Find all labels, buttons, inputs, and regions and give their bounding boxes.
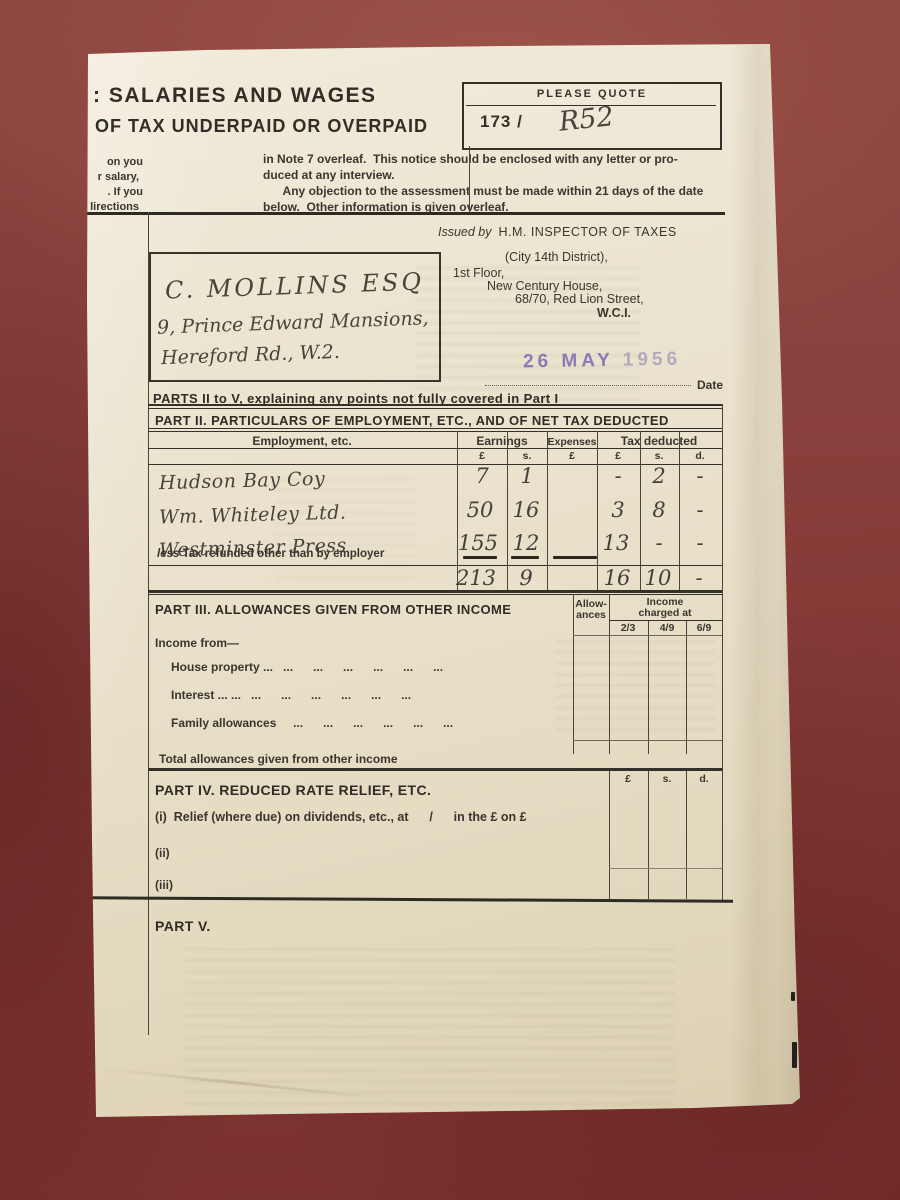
date-stamp: 26 MAY 1956 <box>523 349 681 374</box>
column-line <box>573 594 574 754</box>
earnings-shillings: 16 <box>513 498 540 522</box>
row-label: Family allowances <box>171 716 276 730</box>
total-earnings-shillings: 9 <box>519 566 532 590</box>
double-rule <box>148 404 722 406</box>
column-line <box>648 620 649 754</box>
recipient-address-line: 9, Prince Edward Mansions, <box>157 307 429 338</box>
tax-pence: - <box>696 464 703 488</box>
part2-sub-tax-shillings: s. <box>655 450 664 462</box>
bleed-through <box>185 940 675 1105</box>
total-earnings-pounds: 213 <box>456 566 496 590</box>
notice-text: in Note 7 overleaf. This notice should b… <box>263 152 678 166</box>
less-word: less <box>157 548 179 560</box>
tax-shillings: - <box>655 531 662 555</box>
tax-pounds: 13 <box>603 531 630 555</box>
double-rule <box>148 590 722 593</box>
header-bottom-rule <box>87 212 725 215</box>
paper-crease <box>731 40 777 1120</box>
tax-pence: - <box>696 498 703 522</box>
income-from-label: Income from— <box>155 636 239 650</box>
total-tax-shillings: 10 <box>645 566 672 590</box>
rule <box>148 464 722 465</box>
total-tax-pence: - <box>695 566 702 590</box>
please-quote-label: PLEASE QUOTE <box>464 88 720 100</box>
column-line <box>597 431 598 592</box>
photo-background: : SALARIES AND WAGES OF TAX UNDERPAID OR… <box>0 0 900 1200</box>
issuer-address-line: 68/70, Red Lion Street, <box>515 292 644 306</box>
rate-6-9: 6/9 <box>697 622 712 634</box>
employer-name: Wm. Whiteley Ltd. <box>159 502 347 529</box>
rule <box>609 868 722 869</box>
stamp-year: 1956 <box>623 349 682 371</box>
rule <box>573 635 722 636</box>
part2-col-earnings: Earnings <box>476 434 527 448</box>
part4-row-ii: (ii) <box>155 846 170 860</box>
issuer-address-line: W.C.I. <box>597 306 631 320</box>
issuer-district: (City 14th District), <box>505 250 608 264</box>
column-line <box>686 620 687 754</box>
earnings-pounds: 50 <box>467 498 494 522</box>
double-rule <box>148 408 722 409</box>
handwritten-dash <box>553 556 597 559</box>
document-title-line1: : SALARIES AND WAGES <box>93 84 377 108</box>
total-tax-pounds: 16 <box>604 566 631 590</box>
issued-by-line: Issued by H.M. INSPECTOR OF TAXES <box>438 225 677 239</box>
recipient-address-line: Hereford Rd., W.2. <box>161 341 341 369</box>
column-line <box>648 771 649 899</box>
dot-leaders: ... ... ... ... ... ... <box>251 688 411 702</box>
part2-col-expenses: Expenses <box>547 436 596 448</box>
part2-col-employment: Employment, etc. <box>252 434 351 448</box>
edge-ink-mark <box>792 1042 797 1068</box>
handwritten-dash <box>463 556 497 559</box>
earnings-pounds: 7 <box>475 464 488 488</box>
part3-col-income: charged at <box>638 607 691 619</box>
column-line <box>679 431 680 592</box>
date-line <box>485 385 691 386</box>
issuer-address-line: 1st Floor, <box>453 266 504 280</box>
part4-title: PART IV. REDUCED RATE RELIEF, ETC. <box>155 782 431 798</box>
part2-sub-earn-shillings: s. <box>523 450 532 462</box>
document-title-line2: OF TAX UNDERPAID OR OVERPAID <box>95 116 428 137</box>
cutoff-text-fragment: . If you <box>89 186 143 198</box>
part2-title: PART II. PARTICULARS OF EMPLOYMENT, ETC.… <box>155 413 669 428</box>
earnings-pounds: 155 <box>458 531 498 555</box>
tax-pounds: - <box>614 464 621 488</box>
tax-form-document: : SALARIES AND WAGES OF TAX UNDERPAID OR… <box>85 40 805 1120</box>
earnings-shillings: 1 <box>520 464 533 488</box>
issuer-address-line: New Century House, <box>487 279 602 293</box>
part4-col-pence: d. <box>699 773 708 785</box>
edge-ink-mark <box>791 992 795 1001</box>
rule <box>148 565 722 566</box>
part4-row-iii: (iii) <box>155 878 173 892</box>
recipient-address-box: C. MOLLINS ESQ 9, Prince Edward Mansions… <box>149 252 441 382</box>
rule <box>609 620 722 621</box>
part4-row-i: (i) Relief (where due) on dividends, etc… <box>155 810 527 824</box>
part4-col-pounds: £ <box>625 773 631 785</box>
earnings-shillings: 12 <box>513 531 540 555</box>
issuer-name: H.M. INSPECTOR OF TAXES <box>498 225 676 239</box>
part5-title: PART V. <box>155 918 211 934</box>
part3-title: PART III. ALLOWANCES GIVEN FROM OTHER IN… <box>155 602 511 617</box>
part4-col-shillings: s. <box>663 773 672 785</box>
tax-shillings: 2 <box>652 464 665 488</box>
rule <box>148 448 722 449</box>
less-tax-refunded-label: less Tax refunded other than by employer <box>157 548 384 560</box>
column-line <box>686 771 687 899</box>
rate-2-3: 2/3 <box>621 622 636 634</box>
rule <box>573 740 722 741</box>
column-line <box>609 771 610 899</box>
reference-number-handwritten: R52 <box>558 101 616 138</box>
column-line <box>609 594 610 754</box>
stamp-day-month: 26 MAY <box>523 350 614 373</box>
part3-col-allowances: ances <box>576 609 606 621</box>
column-line <box>547 431 548 592</box>
handwritten-dash <box>511 556 539 559</box>
tax-pounds: 3 <box>611 498 624 522</box>
rule <box>148 431 722 432</box>
thick-rule <box>148 768 722 771</box>
issued-by-label: Issued by <box>438 225 492 239</box>
total-allowances-label: Total allowances given from other income <box>159 752 398 766</box>
recipient-name: C. MOLLINS ESQ <box>165 267 425 304</box>
part2-col-tax: Tax deducted <box>621 434 697 448</box>
tax-pence: - <box>696 531 703 555</box>
column-line <box>507 431 508 592</box>
part4-bottom-rule <box>87 896 733 902</box>
column-line <box>640 431 641 592</box>
row-label: House property ... <box>171 660 273 674</box>
rate-4-9: 4/9 <box>660 622 675 634</box>
less-rest: Tax refunded other than by employer <box>179 548 384 560</box>
cutoff-text-fragment: r salary, <box>85 171 139 183</box>
rule <box>148 428 722 429</box>
part2-sub-exp-pounds: £ <box>569 450 575 462</box>
cutoff-text-fragment: on you <box>89 156 143 168</box>
notice-text: Any objection to the assessment must be … <box>263 184 703 198</box>
interest-row: Interest ... ... ... ... ... ... ... ... <box>171 688 411 702</box>
dot-leaders: ... ... ... ... ... ... <box>283 660 443 674</box>
part2-sub-tax-pounds: £ <box>615 450 621 462</box>
please-quote-box: PLEASE QUOTE 173 / R52 <box>462 82 722 150</box>
reference-number-printed: 173 / <box>480 112 523 132</box>
part2-sub-earn-pounds: £ <box>479 450 485 462</box>
row-label: Interest ... ... <box>171 688 241 702</box>
employer-name: Hudson Bay Coy <box>159 468 326 494</box>
part2-sub-tax-pence: d. <box>695 450 704 462</box>
house-property-row: House property ... ... ... ... ... ... .… <box>171 660 443 674</box>
bleed-through <box>555 632 715 732</box>
tax-shillings: 8 <box>652 498 665 522</box>
family-allowances-row: Family allowances ... ... ... ... ... ..… <box>171 716 453 730</box>
header-divider-line <box>469 146 470 212</box>
paper-crease <box>94 1066 393 1100</box>
form-right-border <box>722 404 723 900</box>
double-rule <box>148 594 722 595</box>
date-label: Date <box>697 378 723 392</box>
notice-text: duced at any interview. <box>263 168 395 182</box>
dot-leaders: ... ... ... ... ... ... <box>293 716 453 730</box>
